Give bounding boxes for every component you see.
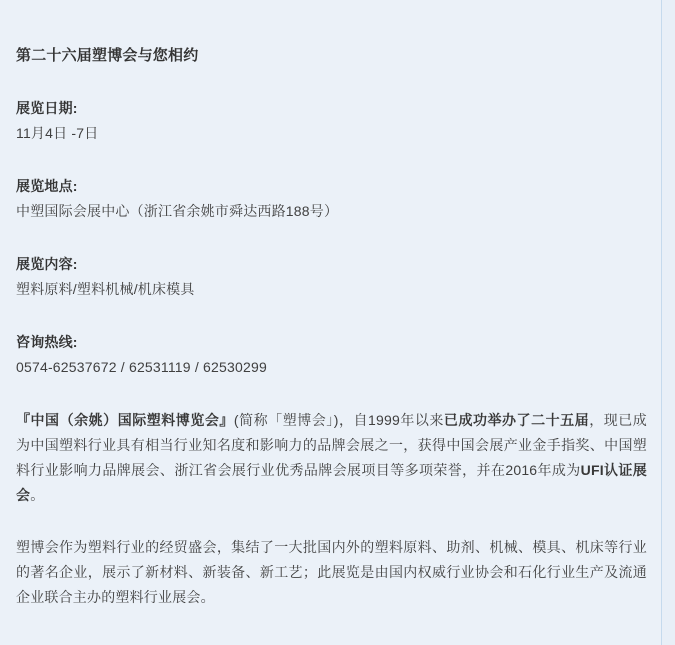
bold-text-segment: 『中国（余姚）国际塑料博览会』 bbox=[16, 412, 234, 428]
bold-text-segment: 已成功举办了二十五届 bbox=[444, 412, 589, 428]
info-group-content: 展览内容: 塑料原料/塑料机械/机床模具 bbox=[16, 252, 647, 302]
expo-info-page: { "page": { "title": "第二十六届塑博会与您相约", "in… bbox=[0, 0, 675, 645]
text-segment: 。 bbox=[30, 487, 44, 503]
exhibition-content-label: 展览内容: bbox=[16, 252, 647, 277]
page-title: 第二十六届塑博会与您相约 bbox=[16, 43, 647, 68]
text-segment: 塑博会作为塑料行业的经贸盛会，集结了一大批国内外的塑料原料、助剂、机械、模具、机… bbox=[16, 539, 647, 605]
intro-paragraph: 『中国（余姚）国际塑料博览会』(简称「塑博会」)，自1999年以来已成功举办了二… bbox=[16, 408, 647, 508]
info-group-hotline: 咨询热线: 0574-62537672 / 62531119 / 6253029… bbox=[16, 330, 647, 380]
info-group-location: 展览地点: 中塑国际会展中心（浙江省余姚市舜达西路188号） bbox=[16, 174, 647, 224]
exhibition-date-label: 展览日期: bbox=[16, 96, 647, 121]
hotline-value: 0574-62537672 / 62531119 / 62530299 bbox=[16, 355, 647, 380]
exhibition-content-value: 塑料原料/塑料机械/机床模具 bbox=[16, 277, 647, 302]
hotline-label: 咨询热线: bbox=[16, 330, 647, 355]
info-group-dates: 展览日期: 11月4日 -7日 bbox=[16, 96, 647, 146]
exhibition-location-label: 展览地点: bbox=[16, 174, 647, 199]
right-edge-strip bbox=[661, 0, 675, 645]
content-area: 第二十六届塑博会与您相约 展览日期: 11月4日 -7日 展览地点: 中塑国际会… bbox=[0, 0, 661, 637]
text-segment: (简称「塑博会」)，自1999年以来 bbox=[234, 412, 444, 428]
description-paragraph: 塑博会作为塑料行业的经贸盛会，集结了一大批国内外的塑料原料、助剂、机械、模具、机… bbox=[16, 535, 647, 610]
exhibition-location-value: 中塑国际会展中心（浙江省余姚市舜达西路188号） bbox=[16, 199, 647, 224]
exhibition-date-value: 11月4日 -7日 bbox=[16, 121, 647, 146]
